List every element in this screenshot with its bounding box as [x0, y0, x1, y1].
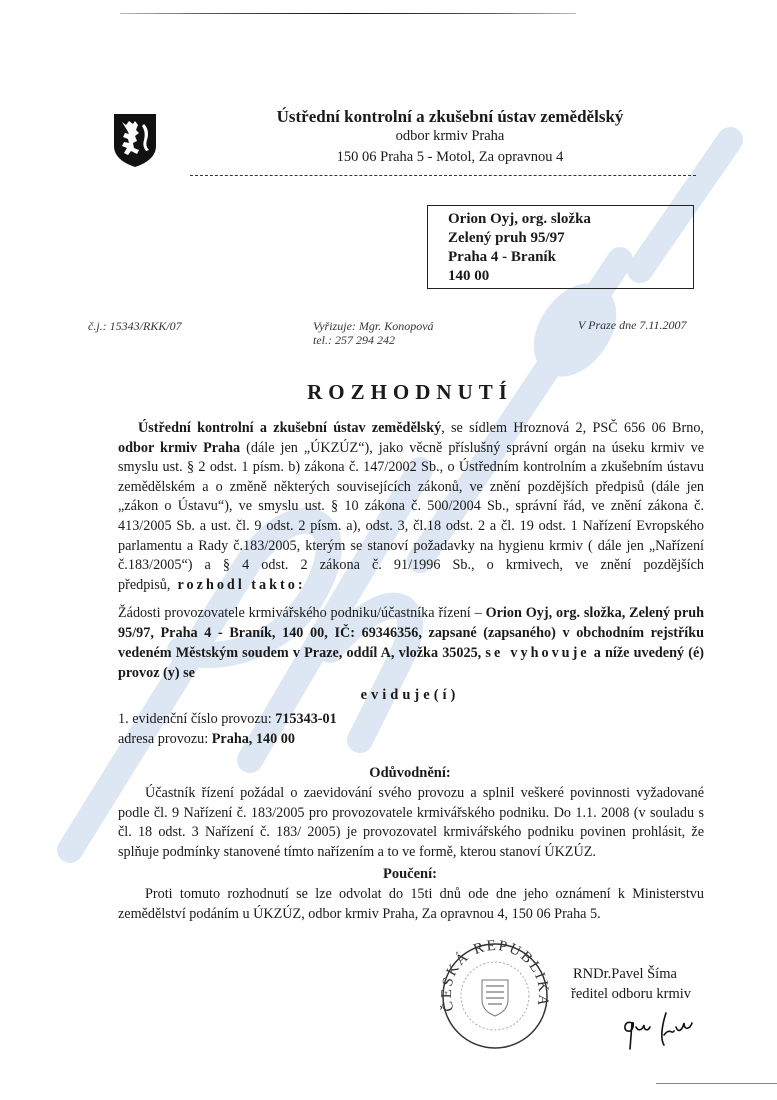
instruction-heading: Poučení:	[110, 866, 710, 883]
operation-number-value: 715343-01	[275, 711, 336, 727]
institution-address: 150 06 Praha 5 - Motol, Za opravnou 4	[200, 149, 700, 166]
operation-number-label: 1. evidenční číslo provozu:	[118, 711, 275, 727]
intro-text-1: , se sídlem Hroznová 2, PSČ 656 06 Brno,	[441, 420, 704, 436]
case-number: č.j.: 15343/RKK/07	[88, 319, 182, 334]
svg-text:ČESKÁ REPUBLIKA: ČESKÁ REPUBLIKA	[440, 940, 550, 1013]
justification-text: Účastník řízení požádal o zaevidování sv…	[118, 784, 704, 862]
recipient-address-box: Orion Oyj, org. složka Zelený pruh 95/97…	[427, 205, 694, 289]
header-divider	[190, 175, 696, 176]
intro-institution: Ústřední kontrolní a zkušební ústav země…	[138, 420, 441, 436]
intro-paragraph: Ústřední kontrolní a zkušební ústav země…	[118, 419, 704, 595]
recipient-line: Zelený pruh 95/97	[448, 229, 693, 248]
institution-name: Ústřední kontrolní a zkušební ústav země…	[200, 107, 700, 127]
justification-heading: Odůvodnění:	[110, 765, 710, 782]
recipient-line: Praha 4 - Braník	[448, 248, 693, 267]
decision-text-1: Žádosti provozovatele krmivářského podni…	[118, 605, 486, 621]
decision-phrase: rozhodl takto:	[178, 577, 306, 593]
official-round-stamp-icon: ČESKÁ REPUBLIKA	[440, 940, 550, 1052]
granted-phrase: se vyhovuje	[485, 645, 589, 661]
signatory-position: ředitel odboru krmiv	[571, 986, 691, 1003]
stamp-text: ČESKÁ REPUBLIKA	[440, 940, 550, 1013]
department-name: odbor krmiv Praha	[200, 128, 700, 145]
phone-number: tel.: 257 294 242	[313, 333, 395, 348]
handwritten-signature-icon	[620, 1005, 710, 1055]
intro-department: odbor krmiv Praha	[118, 440, 240, 456]
operation-address: adresa provozu: Praha, 140 00	[118, 730, 704, 750]
instruction-text: Proti tomuto rozhodnutí se lze odvolat d…	[118, 885, 704, 924]
operation-number: 1. evidenční číslo provozu: 715343-01	[118, 710, 704, 730]
document-title: ROZHODNUTÍ	[110, 380, 710, 405]
bottom-rule	[656, 1083, 777, 1084]
operation-address-value: Praha, 140 00	[212, 731, 295, 747]
registered-phrase: eviduje(í)	[110, 687, 710, 704]
decision-paragraph: Žádosti provozovatele krmivářského podni…	[118, 603, 704, 683]
recipient-line: Orion Oyj, org. složka	[448, 210, 693, 229]
recipient-line: 140 00	[448, 267, 693, 286]
place-and-date: V Praze dne 7.11.2007	[578, 318, 687, 333]
czech-lion-coat-of-arms-icon	[112, 112, 158, 168]
handled-by: Vyřizuje: Mgr. Konopová	[313, 319, 434, 334]
operation-address-label: adresa provozu:	[118, 731, 212, 747]
intro-text-2: (dále jen „ÚKZÚZ“), jako věcně příslušný…	[118, 440, 704, 593]
signatory-name: RNDr.Pavel Šíma	[573, 966, 677, 983]
top-rule	[120, 13, 576, 14]
